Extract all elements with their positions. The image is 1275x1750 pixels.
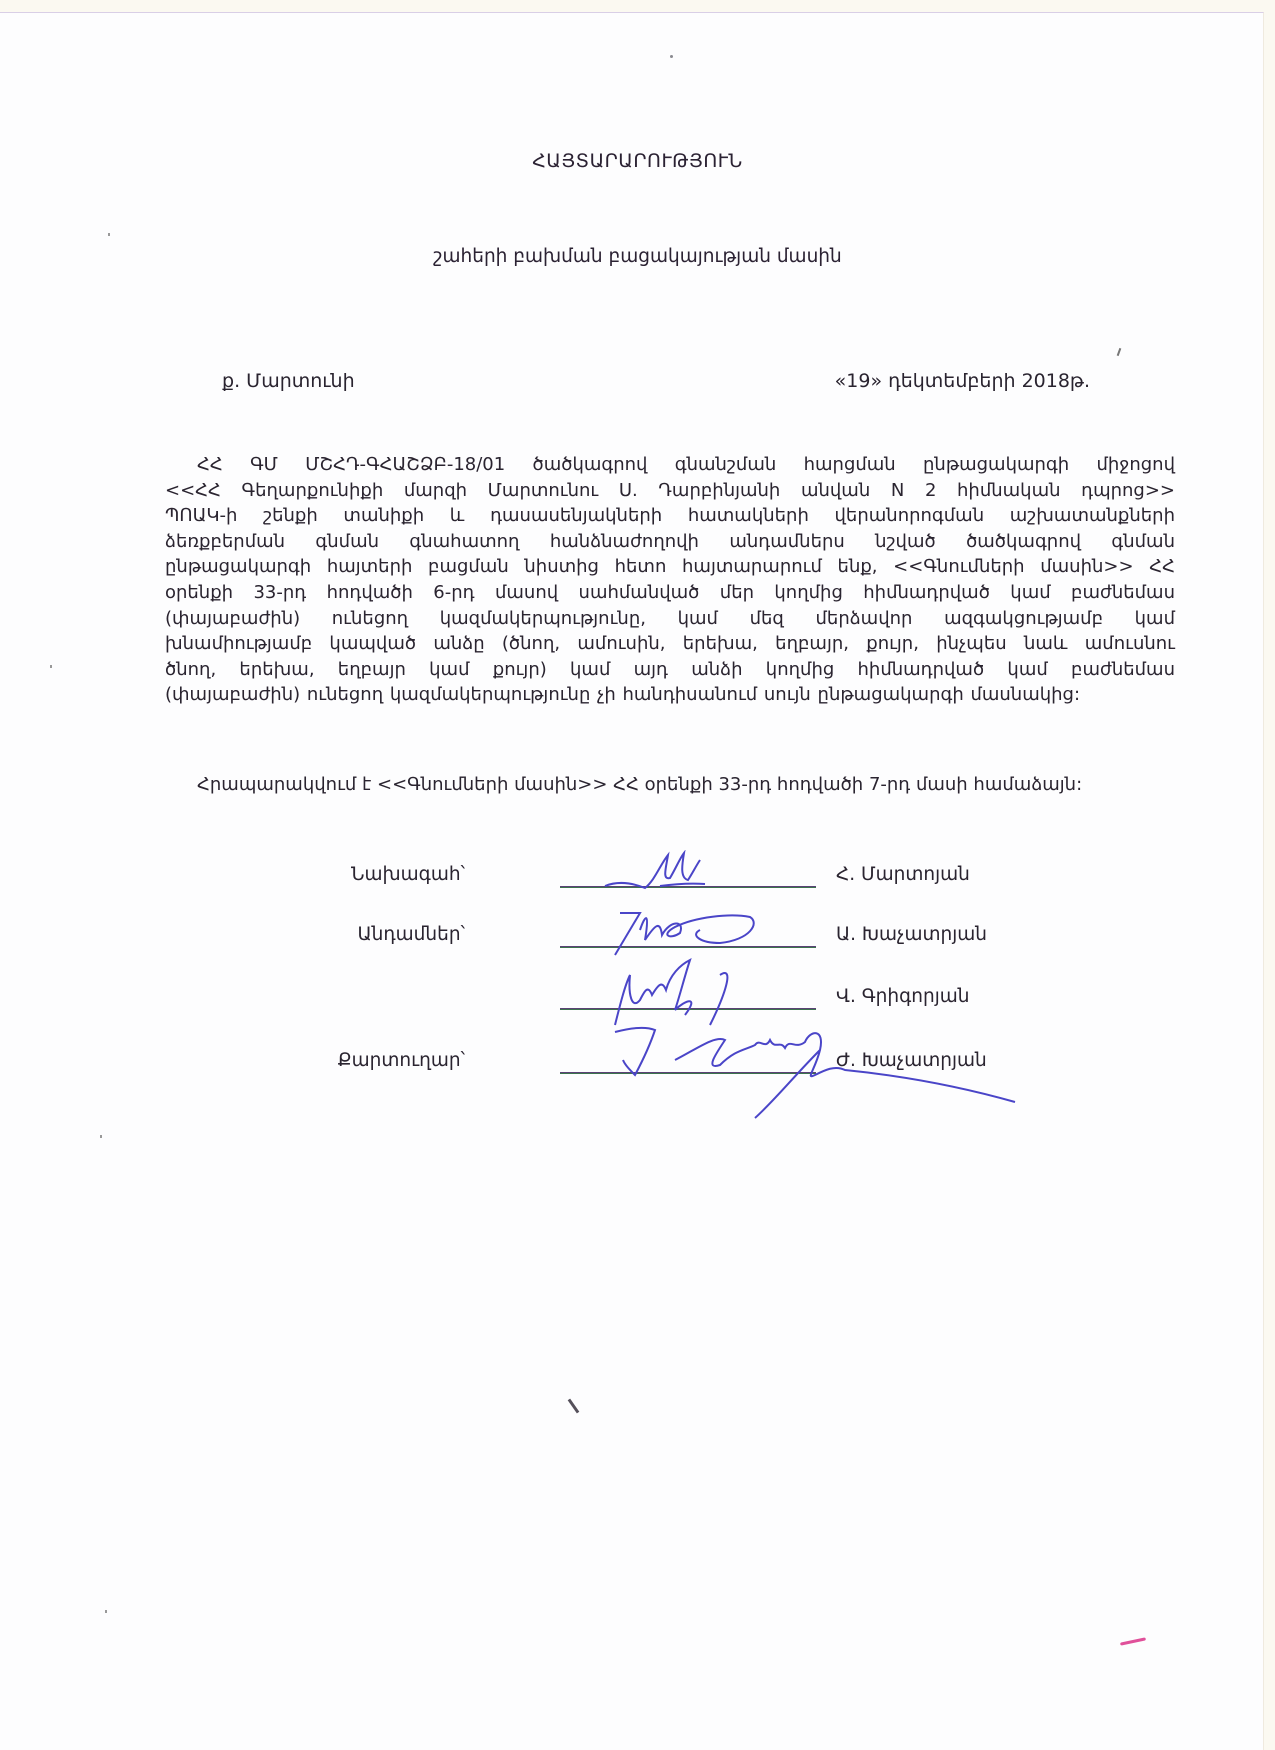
- body-line: ՀՀ ԳՄ ՄՇՀԴ-ԳՀԱՇՁԲ-18/01 ծածկագրով գնանշմ…: [165, 452, 1175, 478]
- signatory-name: Ժ. Խաչատրյան: [836, 1050, 987, 1071]
- date: «19» դեկտեմբերի 2018թ.: [835, 370, 1090, 392]
- signature-line: [560, 1008, 816, 1010]
- scan-speck: [105, 1610, 107, 1613]
- body-line: ծնող, երեխա, եղբայր կամ քույր) կամ այդ ա…: [165, 657, 1175, 683]
- body-line: ընթացակարգի հայտերի բացման նիստից հետո հ…: [165, 554, 1175, 580]
- scan-speck: [108, 233, 110, 236]
- closing-sentence: Հրապարակվում է <<Գնումների մասին>> ՀՀ օր…: [197, 774, 1082, 795]
- signature-label: Քարտուղար՝: [338, 1050, 465, 1071]
- body-line: ձեռքբերման գնման գնահատող հանձնաժողովի ա…: [165, 529, 1175, 555]
- place: ք. Մարտունի: [222, 370, 355, 392]
- scan-speck: [670, 55, 673, 58]
- signature-row-secretary: Քարտուղար՝ Ժ. Խաչատրյան: [0, 1050, 1275, 1090]
- body-paragraph: ՀՀ ԳՄ ՄՇՀԴ-ԳՀԱՇՁԲ-18/01 ծածկագրով գնանշմ…: [165, 452, 1175, 708]
- signature-line: [560, 946, 816, 948]
- body-line: (փայաբաժին) ունեցող կազմակերպությունը, կ…: [165, 606, 1175, 632]
- signature-label: Նախագահ՝: [351, 864, 465, 885]
- signature-label: Անդամներ՝: [358, 924, 466, 945]
- body-line: օրենքի 33-րդ հոդվածի 6-րդ մասով սահմանվա…: [165, 580, 1175, 606]
- body-line: ՊՈԱԿ-ի շենքի տանիքի և դասասենյակների հատ…: [165, 503, 1175, 529]
- signature-line: [560, 1072, 816, 1074]
- body-line: (փայաբաժին) ունեցող կազմակերպությունը չի…: [165, 682, 1175, 708]
- body-line: <<ՀՀ Գեղարքունիքի մարզի Մարտունու Ս. Դար…: [165, 478, 1175, 504]
- signature-row-member-1: Անդամներ՝ Ա. Խաչատրյան: [0, 924, 1275, 964]
- signature-row-member-2: Վ. Գրիգորյան: [0, 986, 1275, 1026]
- signature-row-chair: Նախագահ՝ Հ. Մարտոյան: [0, 864, 1275, 904]
- scan-speck: [50, 665, 52, 668]
- signatory-name: Հ. Մարտոյան: [836, 864, 970, 885]
- document-subtitle: շահերի բախման բացակայության մասին: [0, 246, 1275, 267]
- body-line: խնամիությամբ կապված անձը (ծնող, ամուսին,…: [165, 631, 1175, 657]
- signatory-name: Վ. Գրիգորյան: [836, 986, 969, 1007]
- signature-line: [560, 886, 816, 888]
- signatory-name: Ա. Խաչատրյան: [836, 924, 987, 945]
- document-title: ՀԱՅՏԱՐԱՐՈՒԹՅՈՒՆ: [0, 150, 1275, 172]
- scan-speck: [100, 1135, 102, 1138]
